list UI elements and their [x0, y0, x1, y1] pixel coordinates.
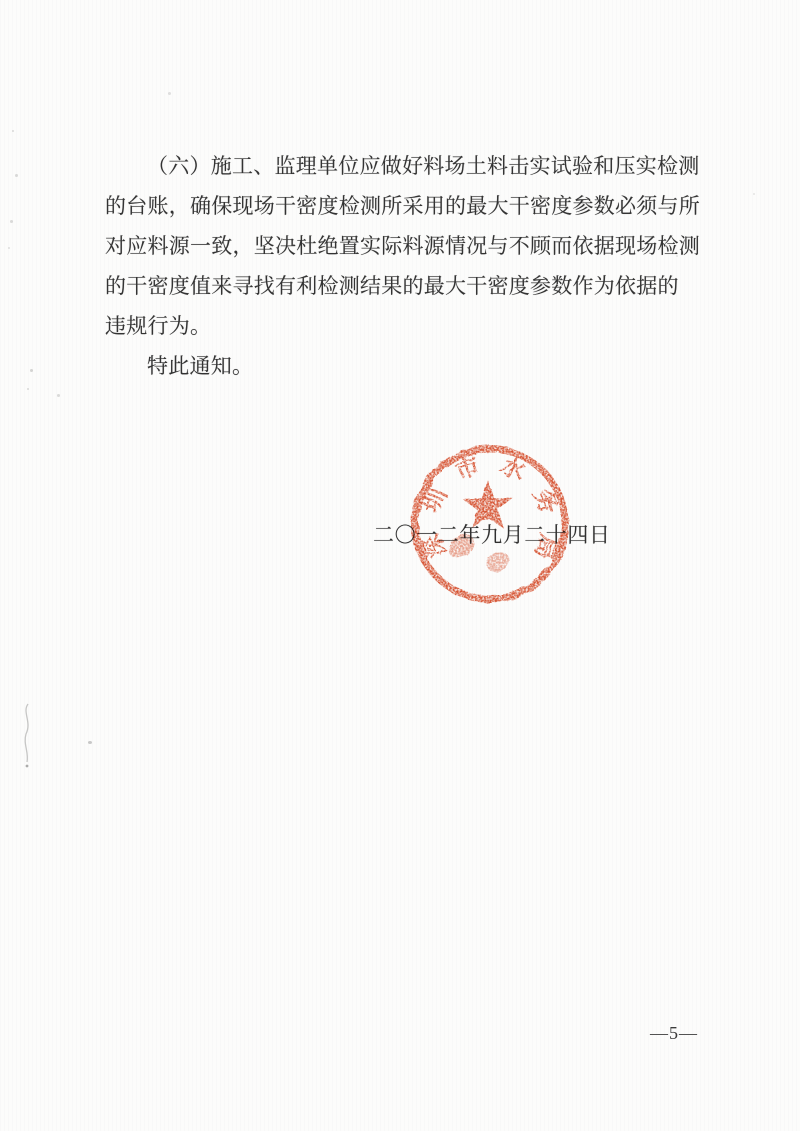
scan-speck [15, 174, 18, 177]
notice-paragraph: （六）施工、监理单位应做好料场土料击实试验和压实检测 的台账，确保现场干密度检测… [105, 146, 717, 386]
scan-speck [88, 741, 92, 744]
page-number: —5— [650, 1023, 698, 1044]
seal-ink-smudge-bottom [483, 549, 512, 575]
scan-speck [676, 255, 678, 257]
scan-scratch-mark [18, 698, 40, 770]
seal-star-icon [462, 480, 513, 529]
scan-speck [57, 394, 60, 397]
scan-speck [10, 220, 13, 223]
paragraph-line-2: 的台账，确保现场干密度检测所采用的最大干密度参数必须与所 [105, 186, 717, 226]
paragraph-line-3: 对应料源一致，坚决杜绝置实际料源情况与不顾而依据现场检测 [105, 226, 717, 266]
paragraph-line-4: 的干密度值来寻找有利检测结果的最大干密度参数作为依据的 [105, 266, 717, 306]
document-page: （六）施工、监理单位应做好料场土料击实试验和压实检测 的台账，确保现场干密度检测… [0, 0, 800, 1131]
official-seal: 深圳市水务局 [390, 424, 590, 624]
seal-ring [415, 449, 565, 599]
scan-speck [30, 369, 33, 372]
closing-line: 特此通知。 [105, 346, 717, 386]
scan-speck [27, 388, 29, 390]
scan-speck [753, 193, 755, 195]
paragraph-line-5: 违规行为。 [105, 306, 717, 346]
scan-speck [12, 130, 14, 132]
scan-speck [445, 166, 447, 168]
scan-speck [8, 247, 10, 249]
paragraph-line-1: （六）施工、监理单位应做好料场土料击实试验和压实检测 [105, 146, 717, 186]
scan-speck [168, 92, 171, 95]
